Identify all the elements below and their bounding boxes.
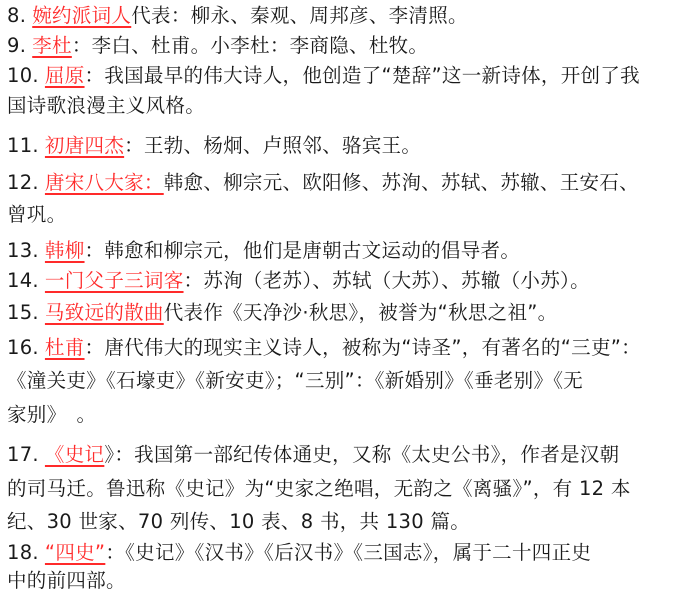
item-8: 8.婉约派词人代表：柳永、秦观、周邦彦、李清照。	[7, 1, 468, 30]
item-text: ：苏洵（老苏）、苏轼（大苏）、苏辙（小苏）。	[184, 269, 590, 292]
item-number: 10.	[7, 64, 39, 87]
item-text: ：我国最早的伟大诗人，他创造了“楚辞”这一新诗体，开创了我	[85, 64, 640, 87]
item-11: 11.初唐四杰：王勃、杨炯、卢照邻、骆宾王。	[7, 131, 421, 160]
key-term: 婉约派词人	[32, 4, 131, 27]
item-number: 18.	[7, 541, 39, 564]
item-number: 8.	[7, 4, 26, 27]
item-number: 9.	[7, 34, 26, 57]
item-14: 14.一门父子三词客：苏洵（老苏）、苏轼（大苏）、苏辙（小苏）。	[7, 266, 590, 295]
key-term: “四史”	[45, 541, 105, 564]
item-10: 10.屈原：我国最早的伟大诗人，他创造了“楚辞”这一新诗体，开创了我	[7, 61, 640, 90]
item-15: 15.马致远的散曲代表作《天净沙·秋思》，被誉为“秋思之祖”。	[7, 298, 558, 327]
item-16-continuation-1: 《潼关吏》《石壕吏》《新安吏》；“三别”：《新婚别》《垂老别》《无	[7, 366, 583, 395]
item-number: 16.	[7, 336, 39, 359]
key-term: 李杜	[32, 34, 72, 57]
key-term: 唐宋八大家：	[45, 171, 164, 194]
item-text: ：《史记》《汉书》《后汉书》《三国志》，属于二十四正史	[105, 541, 591, 564]
item-text: ：唐代伟大的现实主义诗人，被称为“诗圣”，有著名的“三吏”：	[85, 336, 641, 359]
item-9: 9.李杜：李白、杜甫。小李杜：李商隐、杜牧。	[7, 31, 428, 60]
item-18-continuation: 中的前四部。	[7, 566, 126, 593]
key-term: 韩柳	[45, 239, 85, 262]
item-text: ：王勃、杨炯、卢照邻、骆宾王。	[124, 134, 421, 157]
item-16-continuation-2: 家别》 。	[7, 400, 96, 429]
item-text: 代表：柳永、秦观、周邦彦、李清照。	[131, 4, 468, 27]
item-18: 18.“四史”：《史记》《汉书》《后汉书》《三国志》，属于二十四正史	[7, 538, 591, 567]
key-term: 《史记	[45, 443, 104, 466]
item-17-continuation-2: 纪、30 世家、70 列传、10 表、8 书，共 130 篇。	[7, 507, 470, 536]
key-term: 屈原	[45, 64, 85, 87]
item-16: 16.杜甫：唐代伟大的现实主义诗人，被称为“诗圣”，有著名的“三吏”：	[7, 333, 641, 362]
item-number: 14.	[7, 269, 39, 292]
item-17: 17.《史记》：我国第一部纪传体通史，又称《太史公书》，作者是汉朝	[7, 440, 619, 469]
item-10-continuation: 国诗歌浪漫主义风格。	[7, 91, 205, 120]
item-12-continuation: 曾巩。	[7, 200, 66, 229]
item-text: ：李白、杜甫。小李杜：李商隐、杜牧。	[72, 34, 428, 57]
item-number: 13.	[7, 239, 39, 262]
item-17-continuation-1: 的司马迁。鲁迅称《史记》为“史家之绝唱，无韵之《离骚》”，有 12 本	[7, 474, 631, 503]
key-term: 初唐四杰	[45, 134, 124, 157]
key-term: 马致远的散曲	[45, 301, 164, 324]
item-13: 13.韩柳：韩愈和柳宗元，他们是唐朝古文运动的倡导者。	[7, 236, 520, 265]
key-term: 一门父子三词客	[45, 269, 184, 292]
item-number: 12.	[7, 171, 39, 194]
item-text: 韩愈、柳宗元、欧阳修、苏洵、苏轼、苏辙、王安石、	[164, 171, 639, 194]
item-text: 》：我国第一部纪传体通史，又称《太史公书》，作者是汉朝	[104, 443, 619, 466]
item-number: 17.	[7, 443, 39, 466]
key-term: 杜甫	[45, 336, 85, 359]
item-number: 15.	[7, 301, 39, 324]
item-text: ：韩愈和柳宗元，他们是唐朝古文运动的倡导者。	[85, 239, 521, 262]
item-12: 12.唐宋八大家：韩愈、柳宗元、欧阳修、苏洵、苏轼、苏辙、王安石、	[7, 168, 639, 197]
item-text: 代表作《天净沙·秋思》，被誉为“秋思之祖”。	[164, 301, 558, 324]
item-number: 11.	[7, 134, 39, 157]
